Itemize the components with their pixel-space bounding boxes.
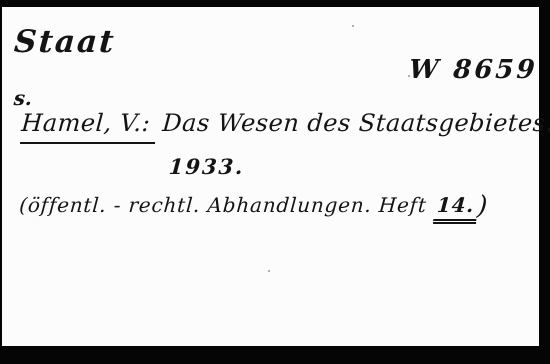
catalog-card: Staat W 8659 s. Hamel, V.:Das Wesen des … bbox=[2, 7, 539, 346]
title-line: Hamel, V.:Das Wesen des Staatsgebietes. bbox=[20, 109, 550, 144]
series-note: (öffentl. - rechtl. Abhandlungen. Heft 1… bbox=[18, 191, 489, 224]
work-title: Das Wesen des Staatsgebietes. bbox=[161, 109, 550, 137]
series-note-text: (öffentl. - rechtl. Abhandlungen. Heft bbox=[18, 193, 427, 217]
series-note-close-paren: ) bbox=[476, 191, 489, 221]
call-number: W 8659 bbox=[408, 55, 539, 85]
series-issue-number: 14. bbox=[433, 193, 478, 224]
scan-speck bbox=[268, 270, 270, 272]
subject-heading: Staat bbox=[13, 24, 117, 60]
author-name: Hamel, V.: bbox=[20, 109, 157, 144]
scan-speck bbox=[352, 25, 354, 27]
scanned-catalog-card: Staat W 8659 s. Hamel, V.:Das Wesen des … bbox=[0, 0, 550, 364]
publication-year: 1933. bbox=[168, 154, 246, 179]
see-reference-abbrev: s. bbox=[13, 86, 33, 110]
scan-speck bbox=[408, 75, 410, 77]
